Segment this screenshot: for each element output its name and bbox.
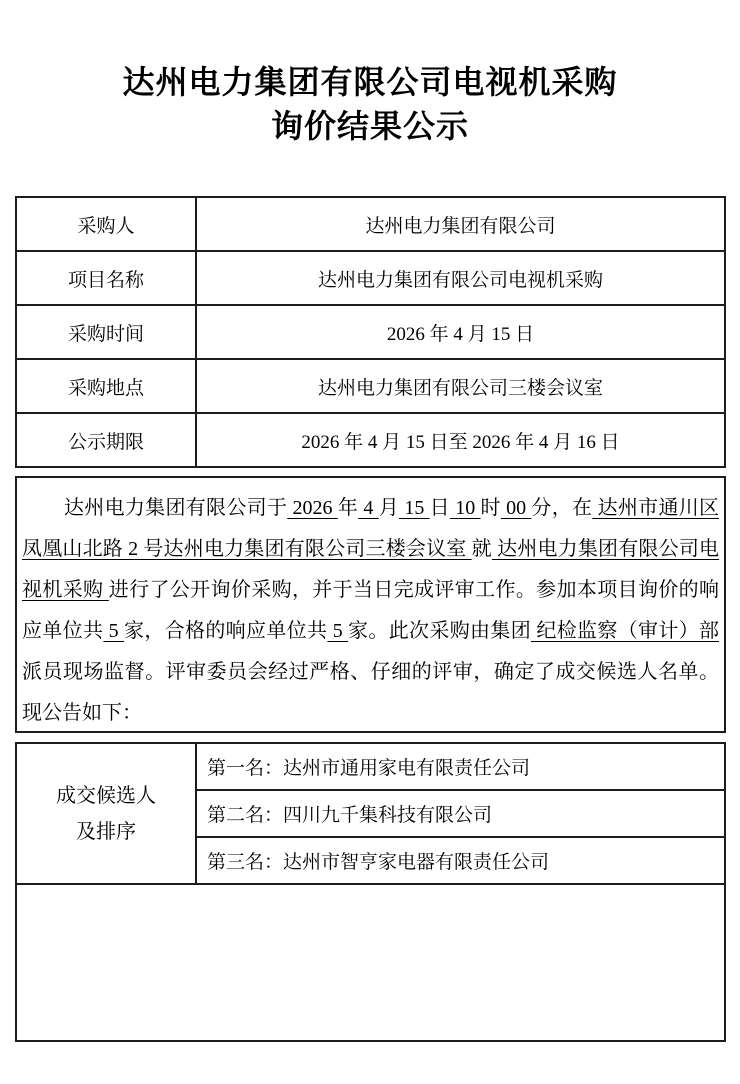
empty-row <box>16 884 725 1041</box>
announcement-text: 家，合格的响应单位共 <box>124 620 327 642</box>
announcement-fill-in: 10 <box>450 497 481 519</box>
info-row-label: 采购地点 <box>16 359 196 413</box>
announcement-fill-in: 5 <box>327 620 348 642</box>
announcement-box: 达州电力集团有限公司于 2026 年 4 月 15 日 10 时 00 分，在 … <box>15 476 726 733</box>
candidates-header-line1: 成交候选人 <box>18 778 194 814</box>
info-row-label: 采购人 <box>16 197 196 251</box>
info-row-value: 2026 年 4 月 15 日 <box>196 305 725 359</box>
info-row-label: 项目名称 <box>16 251 196 305</box>
candidate-rank-3: 第三名：达州市智亨家电器有限责任公司 <box>196 837 725 884</box>
empty-cell <box>16 884 725 1041</box>
announcement-fill-in: 4 <box>358 497 379 519</box>
info-table-row: 项目名称 达州电力集团有限公司电视机采购 <box>16 251 725 305</box>
candidate-rank-2: 第二名：四川九千集科技有限公司 <box>196 790 725 837</box>
candidates-header-cell: 成交候选人 及排序 <box>16 743 196 884</box>
info-table: 采购人 达州电力集团有限公司 项目名称 达州电力集团有限公司电视机采购 采购时间… <box>15 196 726 468</box>
announcement-fill-in: 00 <box>501 497 532 519</box>
announcement-fill-in: 2026 <box>287 497 338 519</box>
info-table-row: 采购地点 达州电力集团有限公司三楼会议室 <box>16 359 725 413</box>
announcement-paragraph: 达州电力集团有限公司于 2026 年 4 月 15 日 10 时 00 分，在 … <box>22 488 719 734</box>
info-row-value: 达州电力集团有限公司三楼会议室 <box>196 359 725 413</box>
announcement-text: 达州电力集团有限公司于 <box>64 497 287 519</box>
announcement-text: 派员现场监督。评审委员会经过严格、仔细的评审，确定了成交候选人名单。现公告如下： <box>22 661 719 724</box>
document-title-line1: 达州电力集团有限公司电视机采购 <box>0 60 740 104</box>
announcement-text: 月 <box>379 497 399 519</box>
announcement-fill-in: 5 <box>103 620 124 642</box>
announcement-text: 就 <box>472 538 492 560</box>
info-row-label: 公示期限 <box>16 413 196 467</box>
info-table-row: 公示期限 2026 年 4 月 15 日至 2026 年 4 月 16 日 <box>16 413 725 467</box>
info-row-value: 达州电力集团有限公司 <box>196 197 725 251</box>
announcement-text: 时 <box>481 497 501 519</box>
candidate-rank-1: 第一名：达州市通用家电有限责任公司 <box>196 743 725 790</box>
candidates-header-line2: 及排序 <box>18 814 194 850</box>
info-table-row: 采购时间 2026 年 4 月 15 日 <box>16 305 725 359</box>
announcement-text: 分，在 <box>531 497 592 519</box>
announcement-text: 年 <box>338 497 358 519</box>
info-row-label: 采购时间 <box>16 305 196 359</box>
info-row-value: 达州电力集团有限公司电视机采购 <box>196 251 725 305</box>
candidate-row: 成交候选人 及排序 第一名：达州市通用家电有限责任公司 <box>16 743 725 790</box>
document-title: 达州电力集团有限公司电视机采购 询价结果公示 <box>0 0 740 148</box>
announcement-text: 家。此次采购由集团 <box>348 620 531 642</box>
announcement-fill-in: 纪检监察（审计）部 <box>531 620 719 642</box>
info-table-row: 采购人 达州电力集团有限公司 <box>16 197 725 251</box>
document-title-line2: 询价结果公示 <box>0 104 740 148</box>
announcement-text: 日 <box>430 497 450 519</box>
info-row-value: 2026 年 4 月 15 日至 2026 年 4 月 16 日 <box>196 413 725 467</box>
announcement-fill-in: 15 <box>399 497 430 519</box>
candidates-table: 成交候选人 及排序 第一名：达州市通用家电有限责任公司 第二名：四川九千集科技有… <box>15 742 726 1042</box>
document-body: 采购人 达州电力集团有限公司 项目名称 达州电力集团有限公司电视机采购 采购时间… <box>15 196 726 1042</box>
